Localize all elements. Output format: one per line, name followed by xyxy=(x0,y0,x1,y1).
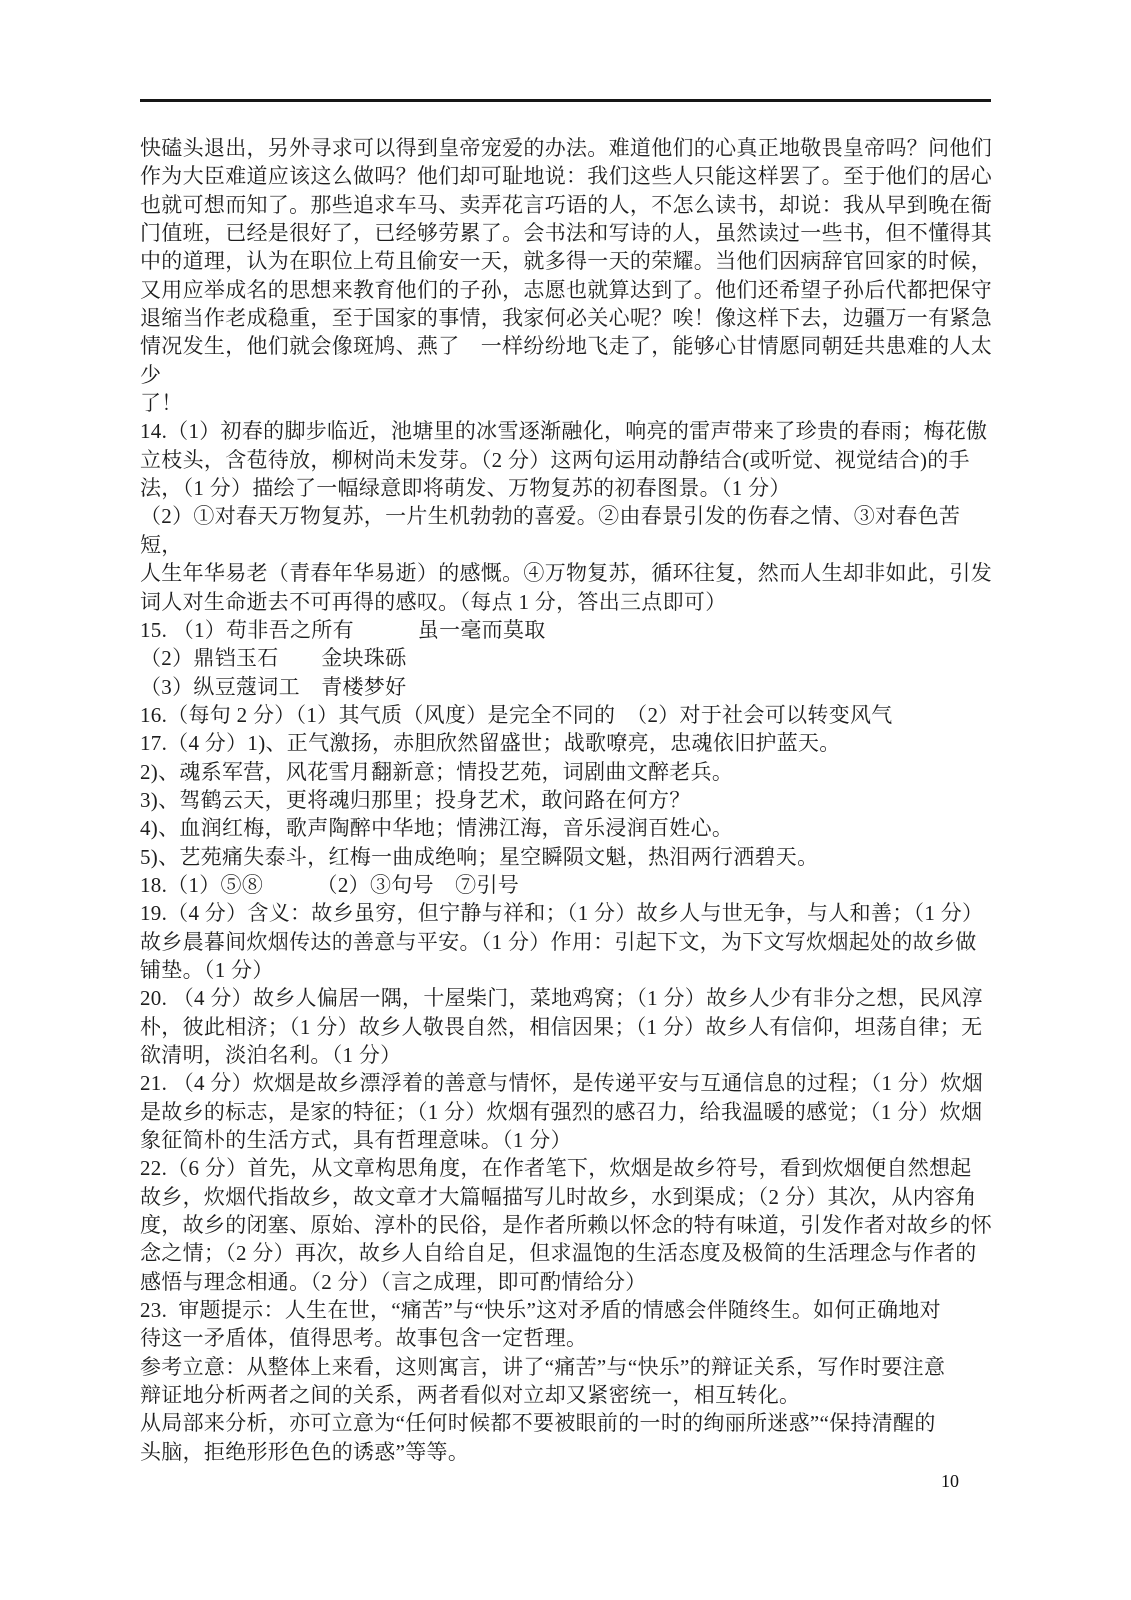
text-line: （2）鼎铛玉石 金块珠砾 xyxy=(140,644,1002,672)
text-line: 头脑，拒绝形形色色的诱惑”等等。 xyxy=(140,1438,1002,1466)
text-line: 18.（1）⑤⑧ （2）③句号 ⑦引号 xyxy=(140,871,1002,899)
text-line: 朴，彼此相济；（1 分）故乡人敬畏自然，相信因果；（1 分）故乡人有信仰，坦荡自… xyxy=(140,1013,1002,1041)
text-line: 17.（4 分）1)、正气激扬，赤胆欣然留盛世；战歌嘹亮，忠魂依旧护蓝天。 xyxy=(140,729,1002,757)
text-line: 念之情；（2 分）再次，故乡人自给自足，但求温饱的生活态度及极简的生活理念与作者… xyxy=(140,1239,1002,1267)
text-line: 情况发生，他们就会像斑鸠、燕了 一样纷纷地飞走了，能够心甘情愿同朝廷共患难的人太… xyxy=(140,332,1002,389)
text-line: 门值班，已经是很好了，已经够劳累了。会书法和写诗的人，虽然读过一些书，但不懂得其 xyxy=(140,219,1002,247)
text-line: 人生年华易老（青春年华易逝）的感慨。④万物复苏，循环往复，然而人生却非如此，引发 xyxy=(140,559,1002,587)
text-line: 铺垫。（1 分） xyxy=(140,956,1002,984)
header-divider-rule xyxy=(140,99,991,102)
text-line: 象征简朴的生活方式，具有哲理意味。（1 分） xyxy=(140,1126,1002,1154)
text-line: 也就可想而知了。那些追求车马、卖弄花言巧语的人，不怎么读书，却说：我从早到晚在衙 xyxy=(140,191,1002,219)
text-line: 快磕头退出，另外寻求可以得到皇帝宠爱的办法。难道他们的心真正地敬畏皇帝吗？问他们 xyxy=(140,134,1002,162)
text-line: 是故乡的标志，是家的特征；（1 分）炊烟有强烈的感召力，给我温暖的感觉；（1 分… xyxy=(140,1098,1002,1126)
text-line: 作为大臣难道应该这么做吗？他们却可耻地说：我们这些人只能这样罢了。至于他们的居心 xyxy=(140,162,1002,190)
text-line: 了！ xyxy=(140,389,1002,417)
text-line: 度，故乡的闭塞、原始、淳朴的民俗，是作者所赖以怀念的特有味道，引发作者对故乡的怀 xyxy=(140,1211,1002,1239)
text-line: 法，（1 分）描绘了一幅绿意即将萌发、万物复苏的初春图景。（1 分） xyxy=(140,474,1002,502)
text-line: 辩证地分析两者之间的关系，两者看似对立却又紧密统一，相互转化。 xyxy=(140,1381,1002,1409)
text-line: 故乡晨暮间炊烟传达的善意与平安。（1 分）作用：引起下文，为下文写炊烟起处的故乡… xyxy=(140,928,1002,956)
text-line: 又用应举成名的思想来教育他们的子孙，志愿也就算达到了。他们还希望子孙后代都把保守 xyxy=(140,276,1002,304)
text-line: 20. （4 分）故乡人偏居一隅，十屋柴门，菜地鸡窝；（1 分）故乡人少有非分之… xyxy=(140,984,1002,1012)
text-line: 欲清明，淡泊名利。（1 分） xyxy=(140,1041,1002,1069)
text-line: 22.（6 分）首先，从文章构思角度，在作者笔下，炊烟是故乡符号，看到炊烟便自然… xyxy=(140,1154,1002,1182)
text-line: 3)、驾鹤云天，更将魂归那里；投身艺术，敢问路在何方？ xyxy=(140,786,1002,814)
text-line: （2）①对春天万物复苏，一片生机勃勃的喜爱。②由春景引发的伤春之情、③对春色苦短… xyxy=(140,502,1002,559)
text-line: 14.（1）初春的脚步临近，池塘里的冰雪逐渐融化，响亮的雷声带来了珍贵的春雨；梅… xyxy=(140,417,1002,445)
text-line: 19.（4 分）含义：故乡虽穷，但宁静与祥和；（1 分）故乡人与世无争，与人和善… xyxy=(140,899,1002,927)
text-line: 中的道理，认为在职位上苟且偷安一天，就多得一天的荣耀。当他们因病辞官回家的时候， xyxy=(140,247,1002,275)
document-page: 快磕头退出，另外寻求可以得到皇帝宠爱的办法。难道他们的心真正地敬畏皇帝吗？问他们… xyxy=(0,0,1131,1600)
text-line: 词人对生命逝去不可再得的感叹。（每点 1 分，答出三点即可） xyxy=(140,588,1002,616)
text-line: 退缩当作老成稳重，至于国家的事情，我家何必关心呢？唉！像这样下去，边疆万一有紧急 xyxy=(140,304,1002,332)
text-line: 2)、魂系军营，风花雪月翻新意；情投艺苑，词剧曲文醉老兵。 xyxy=(140,758,1002,786)
page-number: 10 xyxy=(941,1467,981,1495)
text-line: 感悟与理念相通。（2 分）（言之成理，即可酌情给分） xyxy=(140,1268,1002,1296)
text-line: 立枝头，含苞待放，柳树尚未发芽。（2 分）这两句运用动静结合(或听觉、视觉结合)… xyxy=(140,446,1002,474)
text-line: 5)、艺苑痛失泰斗，红梅一曲成绝响；星空瞬陨文魁，热泪两行洒碧天。 xyxy=(140,843,1002,871)
text-line: 参考立意：从整体上来看，这则寓言，讲了“痛苦”与“快乐”的辩证关系，写作时要注意 xyxy=(140,1353,1002,1381)
text-line: 15. （1）苟非吾之所有 虽一毫而莫取 xyxy=(140,616,1002,644)
text-line: 21. （4 分）炊烟是故乡漂浮着的善意与情怀，是传递平安与互通信息的过程；（1… xyxy=(140,1069,1002,1097)
text-line: 4)、血润红梅，歌声陶醉中华地；情沸江海，音乐浸润百姓心。 xyxy=(140,814,1002,842)
text-line: （3）纵豆蔻词工 青楼梦好 xyxy=(140,673,1002,701)
text-line: 待这一矛盾体，值得思考。故事包含一定哲理。 xyxy=(140,1324,1002,1352)
text-line: 23. 审题提示：人生在世，“痛苦”与“快乐”这对矛盾的情感会伴随终生。如何正确… xyxy=(140,1296,1002,1324)
text-line: 从局部来分析，亦可立意为“任何时候都不要被眼前的一时的绚丽所迷惑”“保持清醒的 xyxy=(140,1409,1002,1437)
text-line: 16.（每句 2 分）（1）其气质（风度）是完全不同的 （2）对于社会可以转变风… xyxy=(140,701,1002,729)
text-block: 快磕头退出，另外寻求可以得到皇帝宠爱的办法。难道他们的心真正地敬畏皇帝吗？问他们… xyxy=(140,134,1002,1466)
text-line: 故乡，炊烟代指故乡，故文章才大篇幅描写儿时故乡，水到渠成；（2 分）其次，从内容… xyxy=(140,1183,1002,1211)
